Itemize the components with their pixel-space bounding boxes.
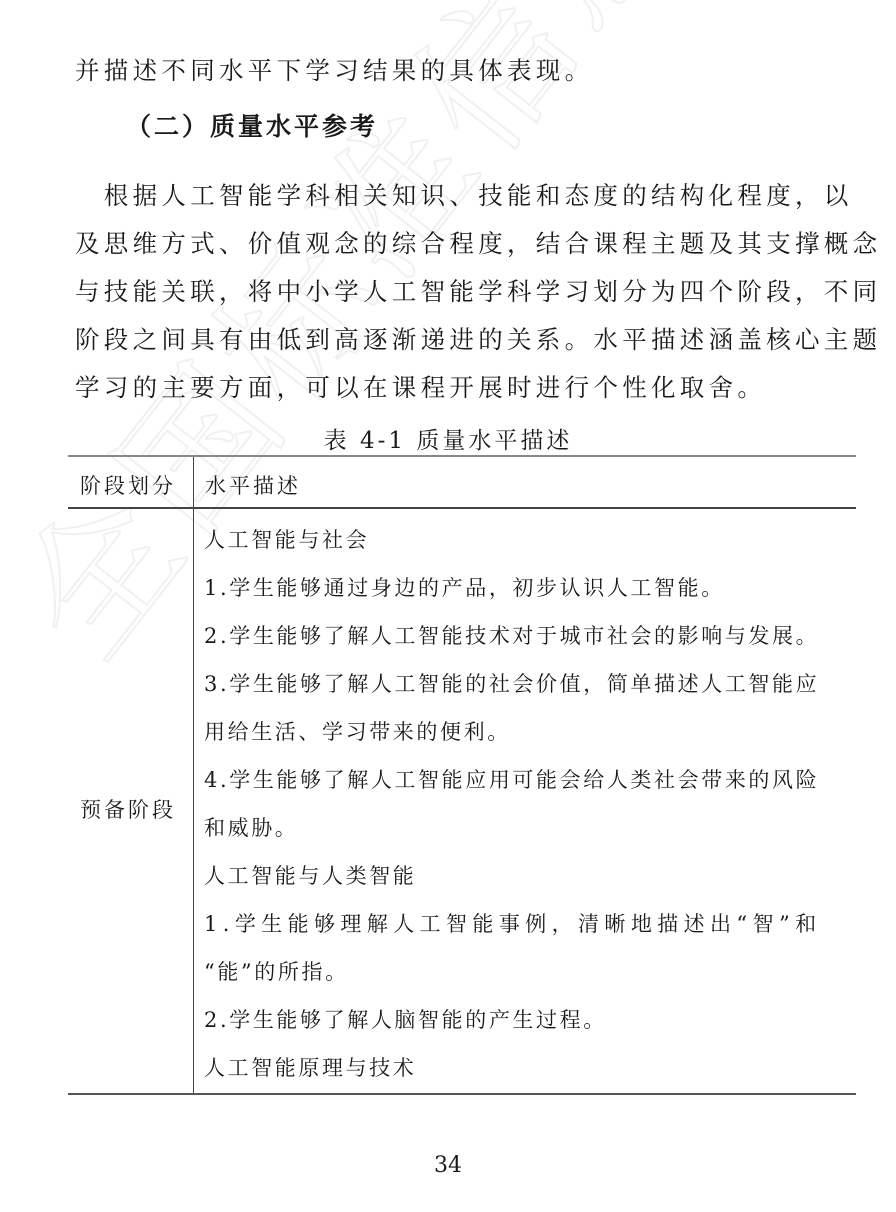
table-header-row: 阶段划分 水平描述 [68,457,856,509]
paragraph-line: 根据人工智能学科相关知识、技能和态度的结构化程度，以 [75,177,853,212]
section-heading: （二）质量水平参考 [126,107,378,143]
column-divider [193,457,194,1093]
stage-cell: 预备阶段 [80,794,176,824]
document-page: 并描述不同水平下学习结果的具体表现。 （二）质量水平参考 根据人工智能学科相关知… [0,0,896,1212]
description-line: 1.学生能够理解人工智能事例，清晰地描述出“智”和 [204,908,822,938]
intro-line: 并描述不同水平下学习结果的具体表现。 [75,52,593,87]
topic-title: 人工智能原理与技术 [204,1052,416,1082]
topic-title: 人工智能与社会 [204,524,369,554]
paragraph-line: 阶段之间具有由低到高逐渐递进的关系。水平描述涵盖核心主题 [75,321,881,356]
paragraph-line: 学习的主要方面，可以在课程开展时进行个性化取舍。 [75,369,766,404]
topic-title: 人工智能与人类智能 [204,860,416,890]
quality-level-table: 阶段划分 水平描述 预备阶段 人工智能与社会 1.学生能够通过身边的产品，初步认… [68,455,856,1095]
table-caption: 表 4-1 质量水平描述 [0,422,896,455]
description-line: 4.学生能够了解人工智能应用可能会给人类社会带来的风险 [204,764,819,794]
page-number: 34 [0,1153,896,1178]
header-description: 水平描述 [205,470,301,500]
description-line: “能”的所指。 [204,956,349,986]
description-line: 1.学生能够通过身边的产品，初步认识人工智能。 [204,572,725,602]
description-line: 2.学生能够了解人脑智能的产生过程。 [204,1004,607,1034]
description-line: 用给生活、学习带来的便利。 [204,716,511,746]
description-line: 3.学生能够了解人工智能的社会价值，简单描述人工智能应 [204,668,819,698]
paragraph-line: 与技能关联，将中小学人工智能学科学习划分为四个阶段，不同 [75,273,881,308]
description-line: 2.学生能够了解人工智能技术对于城市社会的影响与发展。 [204,620,819,650]
paragraph-line: 及思维方式、价值观念的综合程度，结合课程主题及其支撑概念 [75,225,881,260]
header-stage: 阶段划分 [80,470,176,500]
description-line: 和威胁。 [204,812,298,842]
